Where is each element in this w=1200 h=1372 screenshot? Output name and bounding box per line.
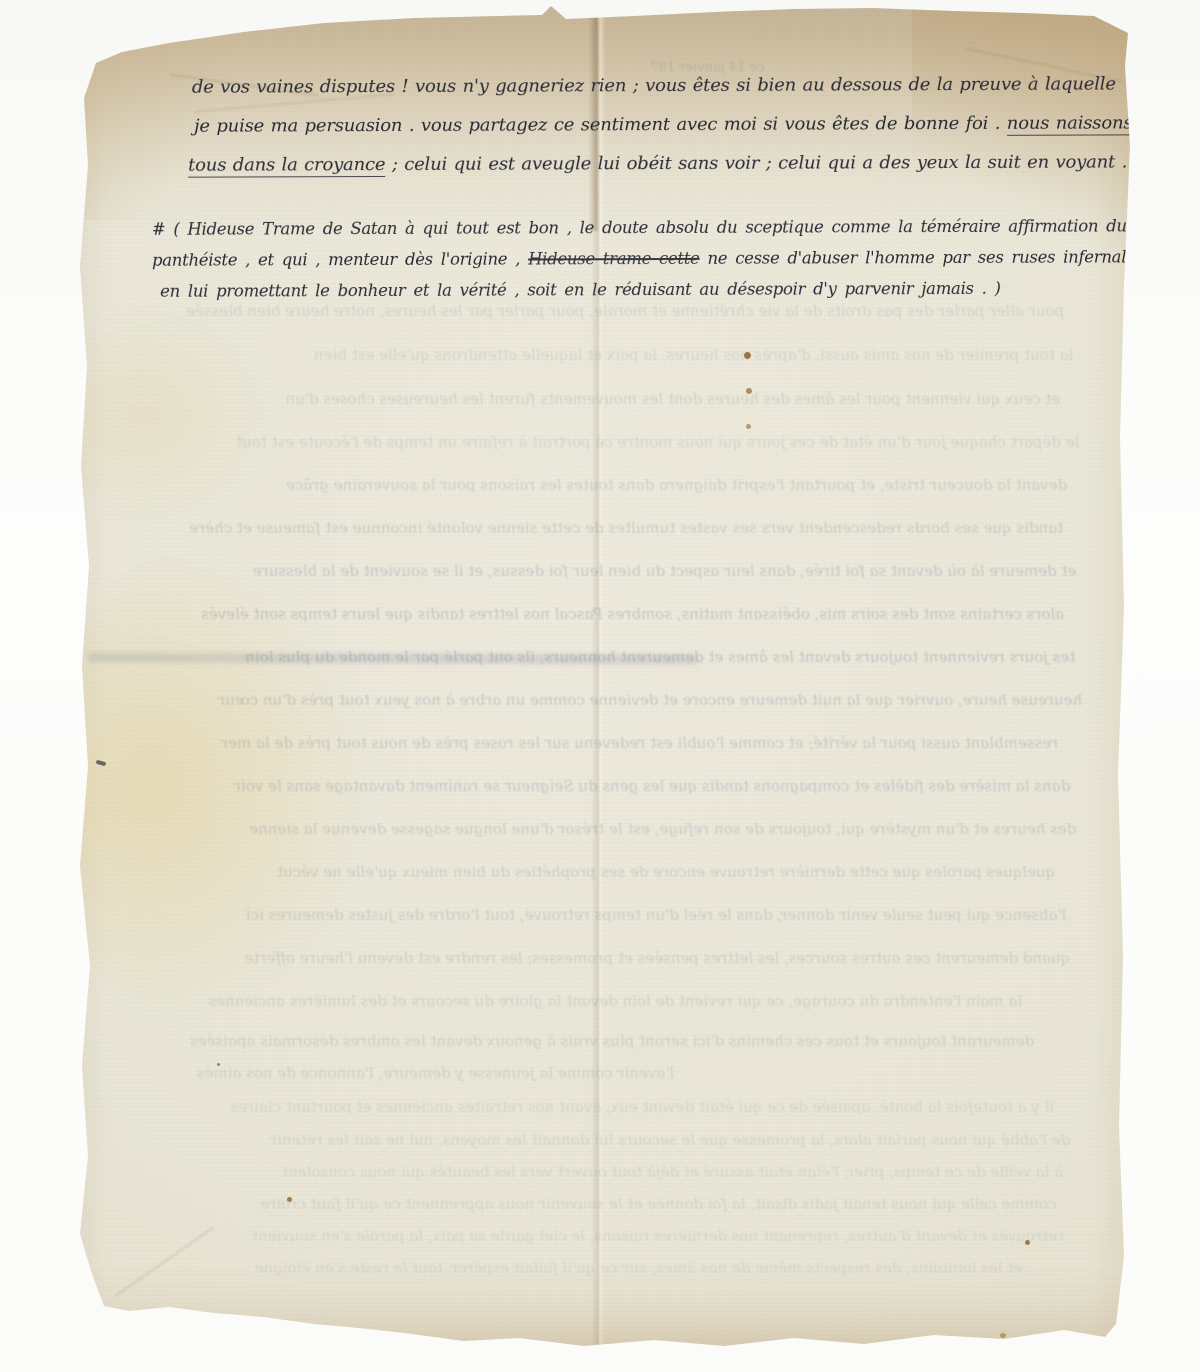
handwritten-line: tous dans la croyance ; celui qui est av…	[188, 142, 1142, 184]
text-segment: # ( Hideuse Trame de Satan à qui tout es…	[152, 216, 1127, 238]
ink-text-layer: de vos vaines disputes ! vous n'y gagner…	[74, 6, 1132, 1348]
handwritten-line: en lui promettant le bonheur et la vérit…	[160, 272, 1194, 307]
foxing-spot	[744, 352, 751, 359]
struck-text: Hideuse trame cette	[528, 249, 700, 269]
scanned-letter-page: { "meta": { "description": "Scan of a on…	[0, 0, 1200, 1372]
text-segment: ; celui qui est aveugle lui obéit sans v…	[385, 151, 1141, 175]
underlined-text: nous naissons	[1007, 112, 1133, 135]
foxing-spot	[746, 388, 752, 394]
handwritten-line: je puise ma persuasion . vous partagez c…	[194, 103, 1142, 145]
underlined-text: tous dans la croyance	[188, 154, 385, 178]
text-segment: panthéiste , et qui , menteur dès l'orig…	[152, 250, 528, 270]
foxing-spot	[1000, 1333, 1006, 1338]
handwritten-line: de vos vaines disputes ! vous n'y gagner…	[192, 64, 1142, 106]
text-segment: ne cesse d'abuser l'homme par ses ruses …	[699, 247, 1193, 268]
handwritten-line: # ( Hideuse Trame de Satan à qui tout es…	[152, 210, 1194, 245]
foxing-spot	[746, 424, 751, 429]
ink-speck	[217, 1063, 220, 1066]
foxing-spot	[1025, 1240, 1030, 1245]
main-paragraph: de vos vaines disputes ! vous n'y gagner…	[192, 64, 1142, 184]
handwritten-line: panthéiste , et qui , menteur dès l'orig…	[152, 241, 1194, 276]
text-segment: je puise ma persuasion . vous partagez c…	[194, 113, 1007, 137]
footnote-paragraph: # ( Hideuse Trame de Satan à qui tout es…	[152, 210, 1194, 307]
text-segment: de vos vaines disputes ! vous n'y gagner…	[192, 73, 1116, 97]
text-segment: en lui promettant le bonheur et la vérit…	[160, 279, 1001, 301]
letter-page: pour aller parler des pas droits de la v…	[74, 6, 1132, 1348]
foxing-spot	[287, 1197, 292, 1202]
